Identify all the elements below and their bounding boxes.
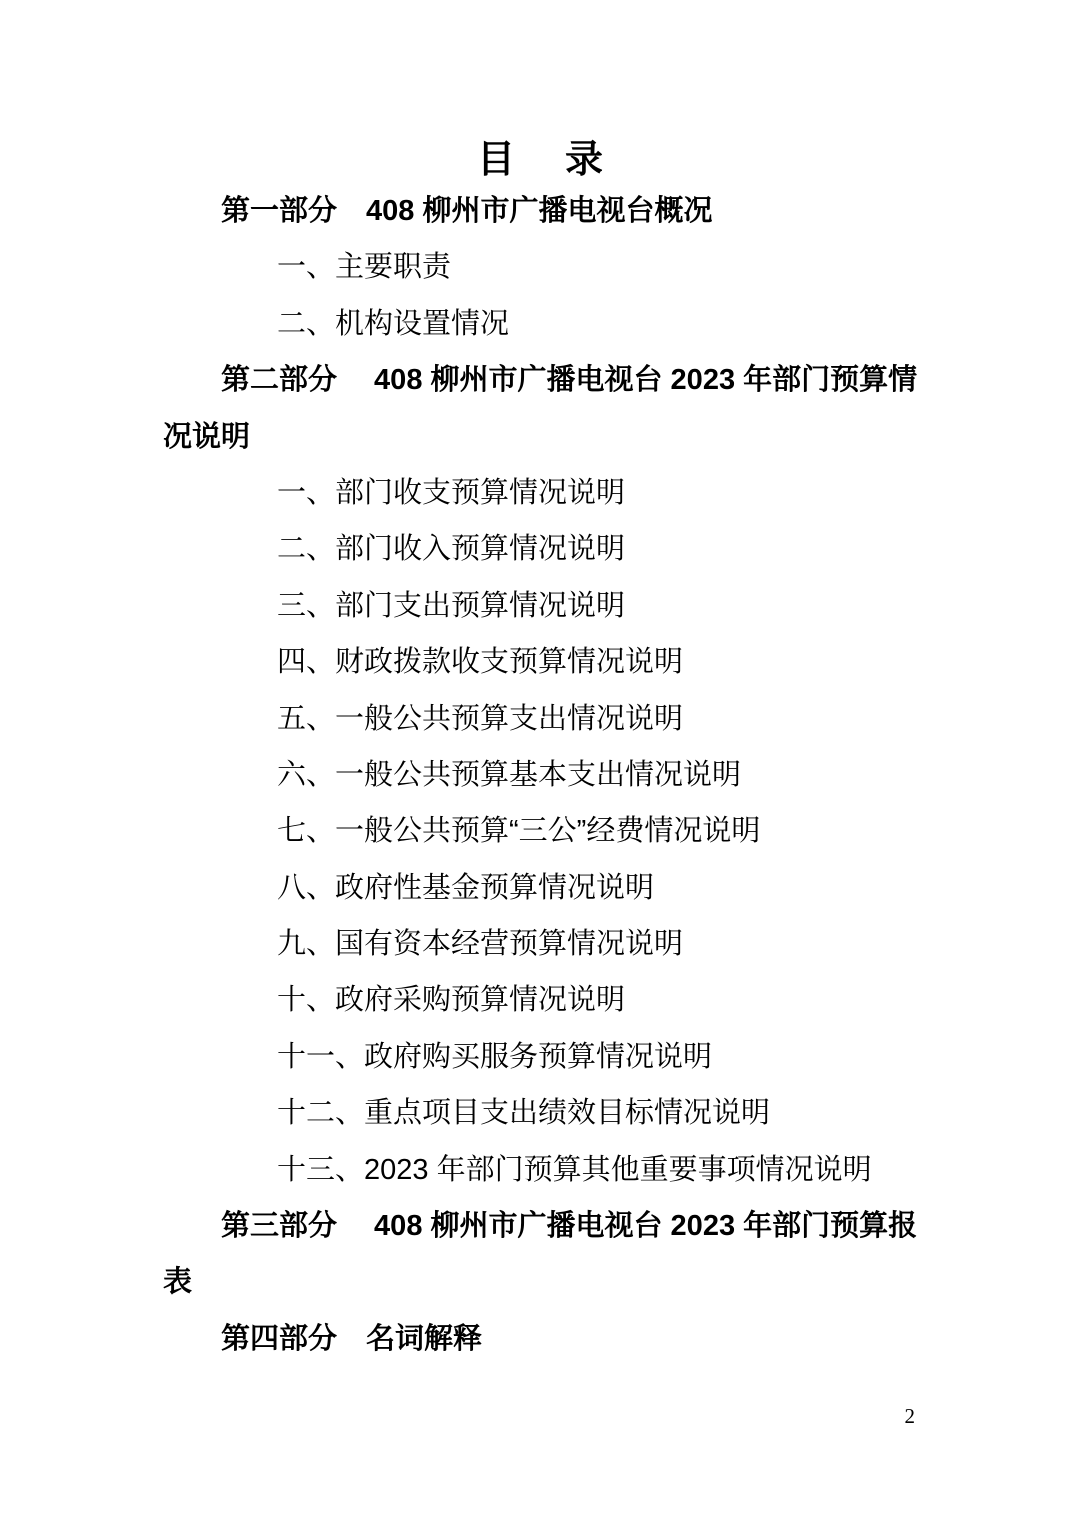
table-of-contents: 第一部分 408 柳州市广播电视台概况 一、主要职责 二、机构设置情况 第二部分… [163, 183, 923, 1367]
toc-part2-item-3: 三、部门支出预算情况说明 [163, 578, 923, 634]
toc-part2-heading-continuation: 况说明 [163, 409, 923, 465]
toc-part2-item-7: 七、一般公共预算“三公”经费情况说明 [163, 803, 923, 859]
toc-part3-heading-continuation: 表 [163, 1254, 923, 1310]
toc-part4-heading: 第四部分 名词解释 [163, 1311, 923, 1367]
toc-part1-heading: 第一部分 408 柳州市广播电视台概况 [163, 183, 923, 239]
document-content: 目 录 第一部分 408 柳州市广播电视台概况 一、主要职责 二、机构设置情况 … [163, 138, 923, 1367]
toc-part2-item-5: 五、一般公共预算支出情况说明 [163, 691, 923, 747]
toc-part2-item-13: 十三、2023 年部门预算其他重要事项情况说明 [163, 1142, 923, 1198]
toc-part2-item-11: 十一、政府购买服务预算情况说明 [163, 1029, 923, 1085]
toc-part2-item-1: 一、部门收支预算情况说明 [163, 465, 923, 521]
toc-part2-item-2: 二、部门收入预算情况说明 [163, 521, 923, 577]
toc-part2-item-9: 九、国有资本经营预算情况说明 [163, 916, 923, 972]
toc-part2-item-12: 十二、重点项目支出绩效目标情况说明 [163, 1085, 923, 1141]
toc-part2-item-8: 八、政府性基金预算情况说明 [163, 860, 923, 916]
document-page: 目 录 第一部分 408 柳州市广播电视台概况 一、主要职责 二、机构设置情况 … [0, 0, 1075, 1520]
toc-part3-heading: 第三部分 408 柳州市广播电视台 2023 年部门预算报 [163, 1198, 923, 1254]
page-title: 目 录 [163, 138, 923, 183]
toc-part1-item-1: 一、主要职责 [163, 239, 923, 295]
toc-part2-item-10: 十、政府采购预算情况说明 [163, 972, 923, 1028]
toc-part2-item-4: 四、财政拨款收支预算情况说明 [163, 634, 923, 690]
toc-part1-item-2: 二、机构设置情况 [163, 296, 923, 352]
toc-part2-item-6: 六、一般公共预算基本支出情况说明 [163, 747, 923, 803]
page-number: 2 [905, 1402, 916, 1430]
toc-part2-heading: 第二部分 408 柳州市广播电视台 2023 年部门预算情 [163, 352, 923, 408]
